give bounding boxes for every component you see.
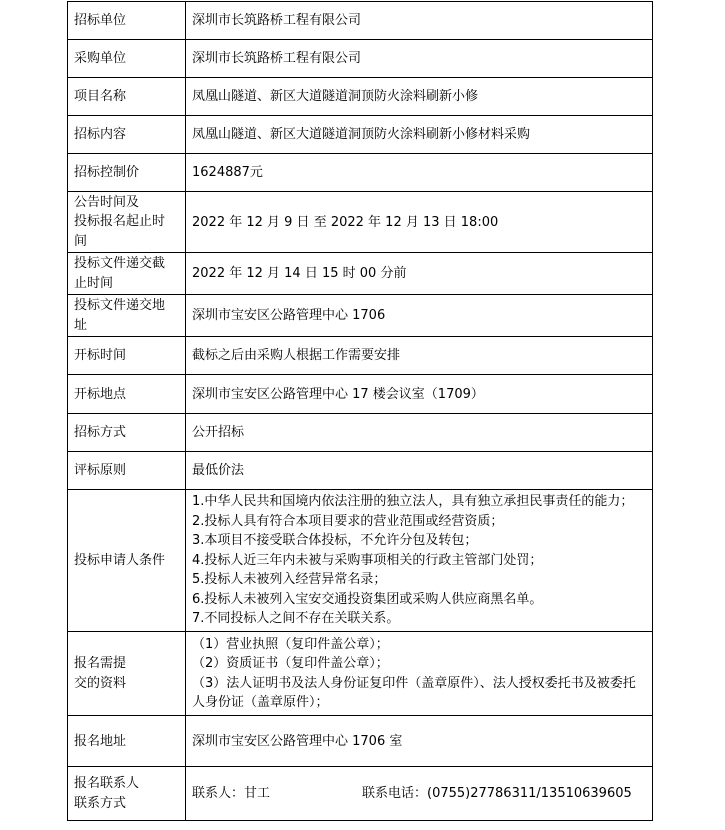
row-value-project-name: 凤凰山隧道、新区大道隧道洞顶防火涂料刷新小修	[186, 78, 653, 116]
contact-phone: 联系电话：(0755)27786311/13510639605	[362, 784, 632, 803]
row-value-contact: 联系人：甘工 联系电话：(0755)27786311/13510639605	[186, 767, 653, 821]
table-row: 开标地点 深圳市宝安区公路管理中心 17 楼会议室（1709）	[68, 375, 653, 414]
row-value-deadline: 2022 年 12 月 14 日 15 时 00 分前	[186, 253, 653, 295]
row-label-opening-time: 开标时间	[68, 337, 186, 375]
table-row: 评标原则 最低价法	[68, 452, 653, 490]
table-row: 招标单位 深圳市长筑路桥工程有限公司	[68, 2, 653, 40]
row-value-opening-place: 深圳市宝安区公路管理中心 17 楼会议室（1709）	[186, 375, 653, 414]
row-value-tender-unit: 深圳市长筑路桥工程有限公司	[186, 2, 653, 40]
row-label-contact: 报名联系人 联系方式	[68, 767, 186, 821]
row-value-registration-address: 深圳市宝安区公路管理中心 1706 室	[186, 716, 653, 767]
contact-person: 联系人：甘工	[192, 784, 362, 803]
table-row: 报名地址 深圳市宝安区公路管理中心 1706 室	[68, 716, 653, 767]
material-item: （2）资质证书（复印件盖公章）；	[192, 654, 646, 674]
table-row: 投标文件递交截 止时间 2022 年 12 月 14 日 15 时 00 分前	[68, 253, 653, 295]
row-label-submit-address: 投标文件递交地 址	[68, 295, 186, 337]
label-line: 投标报名起止时	[74, 212, 179, 232]
table-row: 招标方式 公开招标	[68, 414, 653, 452]
row-value-materials: （1）营业执照（复印件盖公章）； （2）资质证书（复印件盖公章）； （3）法人证…	[186, 632, 653, 716]
condition-item: 3.本项目不接受联合体投标，不允许分包及转包；	[192, 531, 646, 551]
label-line: 址	[74, 316, 179, 336]
row-label-control-price: 招标控制价	[68, 154, 186, 192]
table-row: 招标内容 凤凰山隧道、新区大道隧道洞顶防火涂料刷新小修材料采购	[68, 116, 653, 154]
row-label-tender-unit: 招标单位	[68, 2, 186, 40]
row-label-materials: 报名需提 交的资料	[68, 632, 186, 716]
tender-notice-table: 招标单位 深圳市长筑路桥工程有限公司 采购单位 深圳市长筑路桥工程有限公司 项目…	[67, 1, 653, 821]
condition-item: 6.投标人未被列入宝安交通投资集团或采购人供应商黑名单。	[192, 590, 646, 610]
label-line: 报名联系人	[74, 774, 179, 794]
row-value-announce-time: 2022 年 12 月 9 日 至 2022 年 12 月 13 日 18:00	[186, 192, 653, 253]
label-line: 联系方式	[74, 794, 179, 814]
row-label-deadline: 投标文件递交截 止时间	[68, 253, 186, 295]
contact-info: 联系人：甘工 联系电话：(0755)27786311/13510639605	[192, 784, 646, 803]
row-value-applicant-conditions: 1.中华人民共和国境内依法注册的独立法人，具有独立承担民事责任的能力； 2.投标…	[186, 490, 653, 632]
condition-item: 1.中华人民共和国境内依法注册的独立法人，具有独立承担民事责任的能力；	[192, 492, 646, 512]
row-value-control-price: 1624887元	[186, 154, 653, 192]
table-row: 采购单位 深圳市长筑路桥工程有限公司	[68, 40, 653, 78]
row-label-tender-content: 招标内容	[68, 116, 186, 154]
table-row: 报名联系人 联系方式 联系人：甘工 联系电话：(0755)27786311/13…	[68, 767, 653, 821]
row-label-registration-address: 报名地址	[68, 716, 186, 767]
row-label-evaluation: 评标原则	[68, 452, 186, 490]
row-label-purchaser: 采购单位	[68, 40, 186, 78]
label-line: 交的资料	[74, 674, 179, 694]
table-row: 开标时间 截标之后由采购人根据工作需要安排	[68, 337, 653, 375]
condition-item: 5.投标人未被列入经营异常名录；	[192, 570, 646, 590]
label-line: 投标文件递交地	[74, 296, 179, 316]
table-row: 投标申请人条件 1.中华人民共和国境内依法注册的独立法人，具有独立承担民事责任的…	[68, 490, 653, 632]
label-line: 投标文件递交截	[74, 254, 179, 274]
table-row: 公告时间及 投标报名起止时 间 2022 年 12 月 9 日 至 2022 年…	[68, 192, 653, 253]
row-label-tender-method: 招标方式	[68, 414, 186, 452]
row-label-project-name: 项目名称	[68, 78, 186, 116]
row-label-applicant-conditions: 投标申请人条件	[68, 490, 186, 632]
condition-item: 4.投标人近三年内未被与采购事项相关的行政主管部门处罚；	[192, 551, 646, 571]
label-line: 间	[74, 232, 179, 252]
row-label-announce-time: 公告时间及 投标报名起止时 间	[68, 192, 186, 253]
condition-item: 2.投标人具有符合本项目要求的营业范围或经营资质；	[192, 512, 646, 532]
row-value-evaluation: 最低价法	[186, 452, 653, 490]
material-item: （1）营业执照（复印件盖公章）；	[192, 635, 646, 655]
condition-item: 7.不同投标人之间不存在关联关系。	[192, 609, 646, 629]
material-item: （3）法人证明书及法人身份证复印件（盖章原件）、法人授权委托书及被委托人身份证（…	[192, 674, 646, 713]
label-line: 止时间	[74, 274, 179, 294]
row-label-opening-place: 开标地点	[68, 375, 186, 414]
label-line: 报名需提	[74, 654, 179, 674]
row-value-submit-address: 深圳市宝安区公路管理中心 1706	[186, 295, 653, 337]
table-row: 项目名称 凤凰山隧道、新区大道隧道洞顶防火涂料刷新小修	[68, 78, 653, 116]
table-row: 报名需提 交的资料 （1）营业执照（复印件盖公章）； （2）资质证书（复印件盖公…	[68, 632, 653, 716]
table-row: 招标控制价 1624887元	[68, 154, 653, 192]
row-value-purchaser: 深圳市长筑路桥工程有限公司	[186, 40, 653, 78]
row-value-tender-content: 凤凰山隧道、新区大道隧道洞顶防火涂料刷新小修材料采购	[186, 116, 653, 154]
row-value-opening-time: 截标之后由采购人根据工作需要安排	[186, 337, 653, 375]
table-row: 投标文件递交地 址 深圳市宝安区公路管理中心 1706	[68, 295, 653, 337]
label-line: 公告时间及	[74, 193, 179, 213]
row-value-tender-method: 公开招标	[186, 414, 653, 452]
